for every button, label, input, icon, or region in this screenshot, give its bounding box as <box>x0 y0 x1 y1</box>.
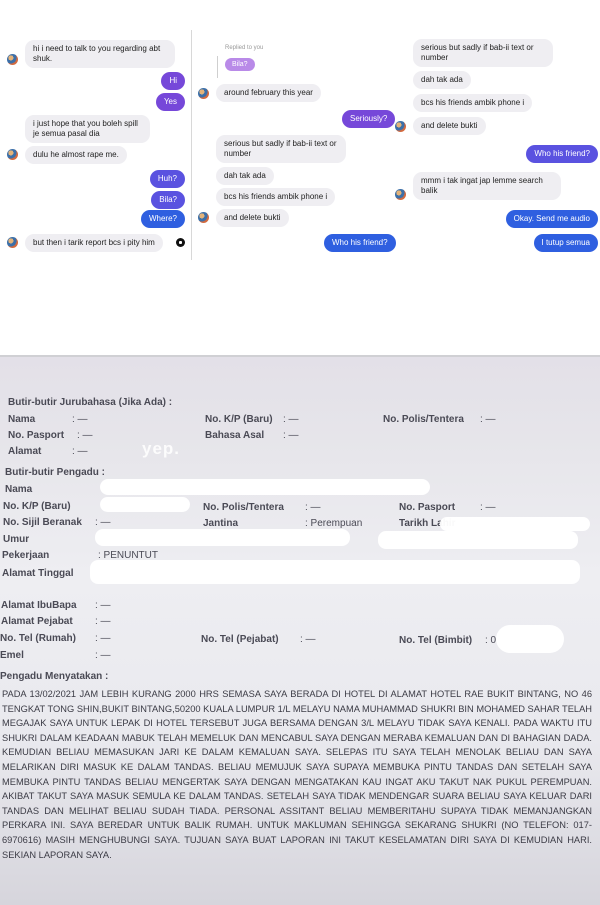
field-value: : — <box>283 414 299 425</box>
chat-panel-3: serious but sadly if bab-ii text or numb… <box>398 30 600 260</box>
redaction-mark <box>440 517 590 531</box>
field-value: : — <box>300 634 316 645</box>
contact-avatar <box>7 237 18 248</box>
message-incoming: bcs his friends ambik phone i <box>216 188 335 206</box>
message-incoming: mmm i tak ingat jap lemme search balik <box>413 172 561 200</box>
replied-message-quote: Bila? <box>225 58 255 71</box>
overlay-caption: yep. <box>142 439 180 459</box>
message-incoming: but then i tarik report bcs i pity him <box>25 234 163 252</box>
contact-avatar <box>395 189 406 200</box>
chat-panel-2: Replied to you Bila? around february thi… <box>193 30 398 260</box>
field-label: Umur <box>3 534 29 545</box>
message-incoming: dulu he almost rape me. <box>25 146 127 164</box>
field-value: : — <box>72 414 88 425</box>
contact-avatar <box>198 88 209 99</box>
field-label: No. Tel (Pejabat) <box>201 634 279 645</box>
field-value: : — <box>95 600 111 611</box>
message-outgoing: Who his friend? <box>526 145 598 163</box>
field-label: No. K/P (Baru) <box>205 414 273 425</box>
field-label: No. Sijil Beranak <box>3 517 82 528</box>
field-value: : — <box>480 502 496 513</box>
field-label: No. Pasport <box>8 430 64 441</box>
field-value: : — <box>305 502 321 513</box>
message-outgoing: Where? <box>141 210 185 228</box>
message-outgoing: Huh? <box>150 170 185 188</box>
field-label: Alamat IbuBapa <box>1 600 77 611</box>
field-label: Nama <box>5 484 32 495</box>
redaction-mark <box>100 479 430 495</box>
contact-avatar <box>198 212 209 223</box>
field-label: Bahasa Asal <box>205 430 264 441</box>
message-incoming: dah tak ada <box>216 167 274 185</box>
message-incoming: hi i need to talk to you regarding abt s… <box>25 40 175 68</box>
message-incoming: and delete bukti <box>216 209 289 227</box>
field-label: No. Polis/Tentera <box>383 414 464 425</box>
message-outgoing: Yes <box>156 93 185 111</box>
interpreter-heading: Butir-butir Jurubahasa (Jika Ada) : <box>8 397 172 408</box>
audio-icon[interactable] <box>176 238 185 247</box>
redaction-mark <box>378 531 578 549</box>
message-incoming: i just hope that you boleh spill je semu… <box>25 115 150 143</box>
message-incoming: serious but sadly if bab-ii text or numb… <box>216 135 346 163</box>
field-label: Alamat <box>8 446 41 457</box>
field-value: : — <box>95 633 111 644</box>
message-outgoing: I tutup semua <box>534 234 598 252</box>
police-report-photo: Butir-butir Jurubahasa (Jika Ada) : Nama… <box>0 355 600 905</box>
field-value: : — <box>72 446 88 457</box>
message-outgoing: Seriously? <box>342 110 395 128</box>
redaction-mark <box>90 560 580 584</box>
field-value: : — <box>95 650 111 661</box>
message-outgoing: Hi <box>161 72 185 90</box>
field-label: Pekerjaan <box>2 550 49 561</box>
contact-avatar <box>7 149 18 160</box>
field-label: No. K/P (Baru) <box>3 501 71 512</box>
complainant-heading: Butir-butir Pengadu : <box>5 467 105 478</box>
field-label: Alamat Tinggal <box>2 568 74 579</box>
redaction-mark <box>496 625 564 653</box>
statement-heading: Pengadu Menyatakan : <box>0 671 108 682</box>
message-incoming: bcs his friends ambik phone i <box>413 94 532 112</box>
field-value: : Perempuan <box>305 518 362 529</box>
field-value: : — <box>283 430 299 441</box>
field-label: Alamat Pejabat <box>1 616 73 627</box>
field-label: No. Pasport <box>399 502 455 513</box>
field-value: : — <box>77 430 93 441</box>
message-outgoing: Who his friend? <box>324 234 396 252</box>
message-incoming: serious but sadly if bab-ii text or numb… <box>413 39 553 67</box>
field-label: Jantina <box>203 518 238 529</box>
complainant-statement: PADA 13/02/2021 JAM LEBIH KURANG 2000 HR… <box>2 687 592 862</box>
field-value: : — <box>95 517 111 528</box>
message-incoming: around february this year <box>216 84 321 102</box>
chat-screenshots-collage: hi i need to talk to you regarding abt s… <box>0 0 600 355</box>
message-incoming: and delete bukti <box>413 117 486 135</box>
field-label: Emel <box>0 650 24 661</box>
field-value: : — <box>480 414 496 425</box>
chat-panel-1: hi i need to talk to you regarding abt s… <box>0 30 192 260</box>
field-label: No. Tel (Rumah) <box>0 633 76 644</box>
field-label: No. Polis/Tentera <box>203 502 284 513</box>
field-value: : 0 <box>485 635 496 646</box>
contact-avatar <box>395 121 406 132</box>
reply-indicator-bar <box>217 56 218 78</box>
replied-to-label: Replied to you <box>225 45 263 51</box>
redaction-mark <box>95 529 350 546</box>
message-outgoing: Bila? <box>151 191 185 209</box>
contact-avatar <box>7 54 18 65</box>
field-label: Nama <box>8 414 35 425</box>
field-value: : — <box>95 616 111 627</box>
field-label: No. Tel (Bimbit) <box>399 635 472 646</box>
message-incoming: dah tak ada <box>413 71 471 89</box>
redaction-mark <box>100 497 190 512</box>
message-outgoing: Okay. Send me audio <box>506 210 598 228</box>
